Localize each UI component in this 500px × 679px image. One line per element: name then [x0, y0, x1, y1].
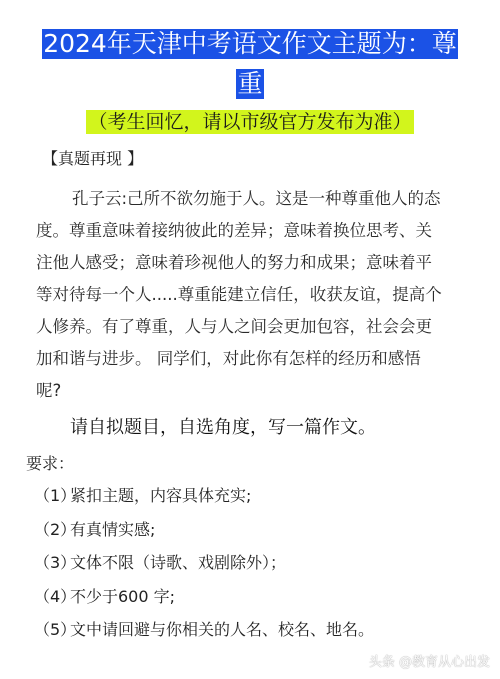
passage-line: 人修养。有了尊重，人与人之间会更加包容，社会会更: [36, 311, 466, 343]
requirement-text: 有真情实感;: [70, 520, 155, 539]
section-label: 【真题再现 】: [42, 148, 143, 170]
requirement-text: 不少于600 字;: [70, 587, 175, 606]
requirements-label: 要求：: [26, 452, 74, 476]
title-line-1: 2024年天津中考语文作文主题为：尊: [42, 29, 458, 59]
passage-line: 孔子云:己所不欲勿施于人。这是一种尊重他人的态: [36, 183, 466, 215]
watermark: 头条 @教育从心出发: [369, 651, 490, 670]
requirement-text: 文体不限（诗歌、戏剧除外）；: [70, 553, 286, 572]
requirement-text: 紧扣主题，内容具体充实;: [70, 486, 251, 505]
requirement-item: （1）紧扣主题，内容具体充实;: [34, 484, 374, 518]
passage-line: 度。尊重意味着接纳彼此的差异；意味着换位思考、关: [36, 215, 466, 247]
writing-instruction: 请自拟题目，自选角度，写一篇作文。: [70, 415, 376, 441]
requirement-number: （3）: [34, 551, 70, 575]
requirement-number: （5）: [34, 618, 70, 642]
requirement-item: （4）不少于600 字;: [34, 585, 374, 619]
prompt-passage: 孔子云:己所不欲勿施于人。这是一种尊重他人的态 度。尊重意味着接纳彼此的差异；意…: [36, 183, 466, 407]
title-line-2: 重: [236, 69, 263, 99]
passage-line: 呢?: [36, 375, 466, 407]
passage-line: 注他人感受；意味着珍视他人的努力和成果；意味着平: [36, 247, 466, 279]
requirement-item: （3）文体不限（诗歌、戏剧除外）；: [34, 551, 374, 585]
requirement-item: （2）有真情实感;: [34, 518, 374, 552]
requirement-number: （2）: [34, 518, 70, 542]
passage-line: 加和谐与进步。 同学们，对此你有怎样的经历和感悟: [36, 343, 466, 375]
requirement-text: 文中请回避与你相关的人名、校名、地名。: [70, 620, 374, 639]
requirements-list: （1）紧扣主题，内容具体充实; （2）有真情实感; （3）文体不限（诗歌、戏剧除…: [34, 484, 374, 652]
passage-line: 等对待每一个人.....尊重能建立信任，收获友谊，提高个: [36, 279, 466, 311]
requirement-item: （5）文中请回避与你相关的人名、校名、地名。: [34, 618, 374, 652]
subtitle-block: （考生回忆，请以市级官方发布为准）: [0, 110, 500, 134]
subtitle-note: （考生回忆，请以市级官方发布为准）: [86, 110, 413, 134]
page-title: 2024年天津中考语文作文主题为：尊 重: [0, 29, 500, 99]
requirement-number: （4）: [34, 585, 70, 609]
requirement-number: （1）: [34, 484, 70, 508]
